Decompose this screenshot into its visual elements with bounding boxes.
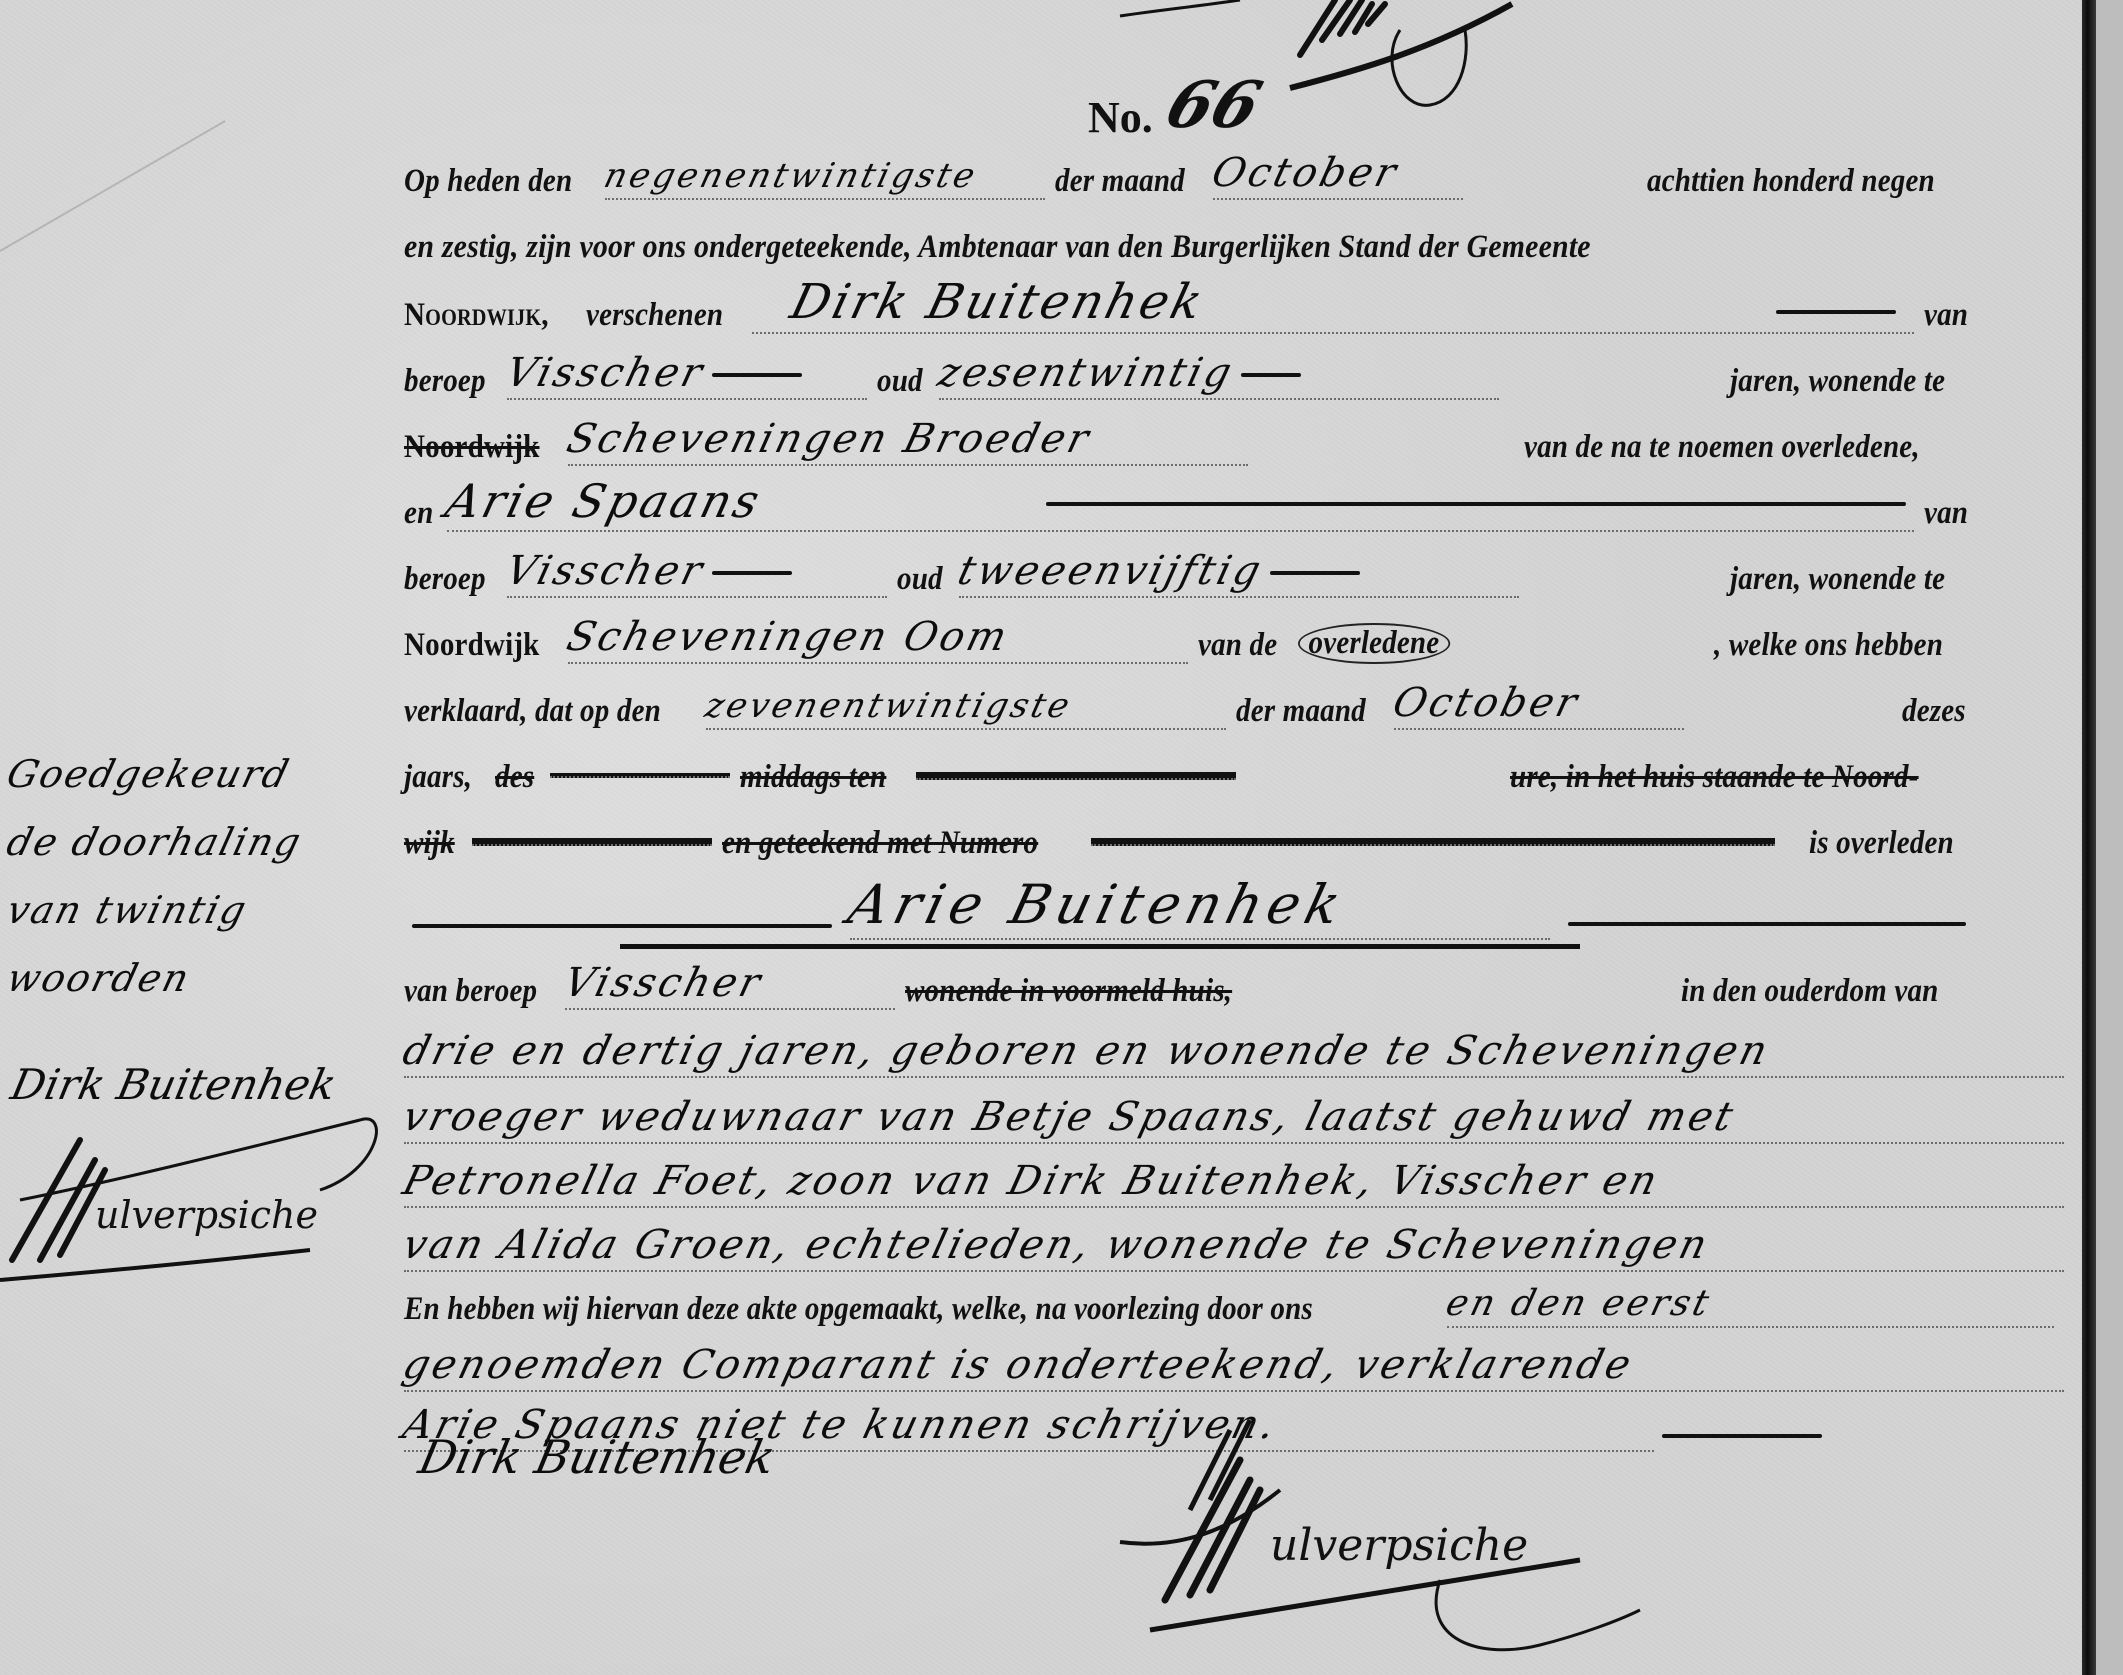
printed-text: is overleden: [1809, 825, 1954, 862]
handwritten-occupation: Visscher: [501, 548, 709, 594]
month-field: October: [1213, 150, 1463, 200]
printed-text: van: [1924, 495, 1968, 532]
struck-text: wonende in voormeld huis,: [905, 973, 1232, 1010]
printed-text: oud: [897, 561, 943, 598]
form-line-4: beroep Visscher oud zesentwintig jaren, …: [404, 342, 1974, 400]
handwritten-occupation: Visscher: [501, 350, 709, 396]
occupation-field: Visscher: [507, 548, 887, 598]
appearer-1-name-field: Dirk Buitenhek: [752, 274, 1913, 334]
adjacent-page: [2096, 0, 2123, 1675]
circled-word: overledene: [1298, 623, 1450, 664]
form-line-1: Op heden den negenentwintigste der maand…: [404, 142, 1974, 200]
margin-line: Goedgekeurd: [3, 752, 414, 796]
form-line-12: Arie Buitenhek: [404, 870, 1974, 940]
printed-text: , welke ons hebben: [1714, 627, 1943, 664]
struck-text: middags ten: [740, 759, 886, 796]
printed-text: achttien honderd negen: [1647, 163, 1935, 200]
deceased-name-field: Arie Buitenhek: [850, 873, 1550, 940]
printed-text: en: [404, 495, 433, 532]
margin-line: woorden: [3, 956, 414, 1000]
death-day-field: zevenentwintigste: [706, 686, 1226, 730]
form-line-9: verklaard, dat op den zevenentwintigste …: [404, 672, 1974, 730]
appearer-2-name-field: Arie Spaans: [447, 474, 1913, 532]
printed-text: beroep: [404, 363, 486, 400]
printed-text: beroep: [404, 561, 486, 598]
handwritten-line: van Alida Groen, echtelieden, wonende te…: [404, 1222, 2064, 1272]
form-line-6: en Arie Spaans van: [404, 474, 1974, 532]
struck-field: [916, 772, 1236, 780]
paper-crease: [0, 120, 226, 252]
handwritten-text: genoemden Comparant is onderteekend, ver…: [398, 1342, 1638, 1388]
handwritten-line: genoemden Comparant is onderteekend, ver…: [404, 1342, 2064, 1392]
number-label: No.: [1088, 92, 1153, 143]
age-field: tweeenvijftig: [959, 548, 1519, 598]
form-line-15: vroeger weduwnaar van Betje Spaans, laat…: [404, 1086, 2064, 1144]
handwritten-line: vroeger weduwnaar van Betje Spaans, laat…: [404, 1094, 2064, 1144]
struck-text: ure, in het huis staande te Noord-: [1510, 759, 1919, 796]
struck-text: en geteekend met Numero: [722, 825, 1038, 862]
handwritten-text: drie en dertig jaren, geboren en wonende…: [398, 1028, 1775, 1074]
handwritten-occupation: Visscher: [560, 960, 768, 1006]
handwritten-text: en den eerst: [1442, 1283, 1716, 1324]
form-line-17: van Alida Groen, echtelieden, wonende te…: [404, 1214, 2064, 1272]
handwritten-text: van Alida Groen, echtelieden, wonende te…: [398, 1222, 1714, 1268]
printed-text: verklaard, dat op den: [404, 693, 661, 730]
printed-text: jaars,: [404, 759, 472, 796]
page-binding-edge: [2082, 0, 2096, 1675]
occupation-field: Visscher: [507, 350, 867, 400]
handwritten-name: Dirk Buitenhek: [785, 274, 1211, 330]
form-line-18: En hebben wij hiervan deze akte opgemaak…: [404, 1270, 2064, 1328]
form-line-10: jaars, des middags ten ure, in het huis …: [404, 738, 1974, 796]
margin-annotation: Goedgekeurd de doorhaling van twintig wo…: [8, 752, 408, 1024]
struck-text: wijk: [404, 825, 455, 862]
form-line-3: Noordwijk, verschenen Dirk Buitenhek van: [404, 276, 1974, 334]
handwritten-text: Petronella Foet, zoon van Dirk Buitenhek…: [398, 1158, 1664, 1204]
residence-field: Scheveningen Oom: [568, 614, 1188, 664]
struck-text: Noordwijk: [404, 429, 540, 466]
form-line-11: wijk en geteekend met Numero is overlede…: [404, 804, 1974, 862]
form-line-13: van beroep Visscher wonende in voormeld …: [404, 952, 1974, 1010]
handwritten-day: negenentwintigste: [600, 156, 982, 196]
handwritten-day: zevenentwintigste: [701, 686, 1076, 726]
printed-text: en zestig, zijn voor ons ondergeteekende…: [404, 229, 1591, 266]
handwritten-text: vroeger weduwnaar van Betje Spaans, laat…: [398, 1094, 1740, 1140]
handwritten-name: Arie Spaans: [441, 474, 768, 528]
printed-text: van de: [1198, 627, 1277, 664]
handwritten-age: zesentwintig: [933, 350, 1239, 396]
margin-official-signature: ulverpsiche: [0, 1110, 420, 1290]
form-line-19: genoemden Comparant is onderteekend, ver…: [404, 1334, 2064, 1392]
printed-text: van beroep: [404, 973, 537, 1010]
struck-field: [472, 838, 712, 846]
struck-field: [550, 773, 730, 778]
deceased-occupation-field: Visscher: [565, 960, 895, 1010]
printed-text: dezes: [1902, 693, 1966, 730]
handwritten-month: October: [1207, 150, 1403, 196]
form-line-7: beroep Visscher oud tweeenvijftig jaren,…: [404, 540, 1974, 598]
svg-text:ulverpsiche: ulverpsiche: [1270, 1520, 1528, 1571]
printed-text: in den ouderdom van: [1681, 973, 1938, 1010]
handwritten-residence: Scheveningen Broeder: [562, 416, 1096, 462]
handwritten-residence: Scheveningen Oom: [562, 614, 1014, 660]
death-month-field: October: [1394, 680, 1684, 730]
form-line-16: Petronella Foet, zoon van Dirk Buitenhek…: [404, 1150, 2064, 1208]
printed-text: jaren, wonende te: [1730, 363, 1945, 400]
printed-text: En hebben wij hiervan deze akte opgemaak…: [404, 1291, 1313, 1328]
residence-field: Scheveningen Broeder: [568, 416, 1248, 466]
handwritten-field: en den eerst: [1447, 1283, 2054, 1328]
form-line-2: en zestig, zijn voor ons ondergeteekende…: [404, 208, 1974, 266]
margin-witness-signature: Dirk Buitenhek: [7, 1060, 341, 1109]
printed-text: jaren, wonende te: [1730, 561, 1945, 598]
official-signature: ulverpsiche: [1120, 1420, 1640, 1660]
number-value: 66: [1157, 68, 1270, 143]
certificate-number: No. 66: [1088, 68, 1258, 143]
document-page: No. 66 Op heden den negenentwintigste de…: [0, 0, 2082, 1675]
form-line-5: Noordwijk Scheveningen Broeder van de na…: [404, 408, 1974, 466]
struck-text: des: [495, 759, 534, 796]
margin-line: van twintig: [3, 888, 414, 932]
printed-text: der maand: [1055, 163, 1185, 200]
handwritten-line: Petronella Foet, zoon van Dirk Buitenhek…: [404, 1158, 2064, 1208]
printed-text: oud: [877, 363, 923, 400]
struck-field: [1091, 838, 1775, 846]
form-line-14: drie en dertig jaren, geboren en wonende…: [404, 1020, 2064, 1078]
printed-text: verschenen: [586, 297, 723, 334]
printed-text: van: [1924, 297, 1968, 334]
witness-signature: Dirk Buitenhek: [414, 1430, 780, 1484]
printed-text: der maand: [1236, 693, 1366, 730]
margin-line: de doorhaling: [3, 820, 414, 864]
underline-rule: [620, 944, 1580, 949]
form-line-8: Noordwijk Scheveningen Oom van de overle…: [404, 606, 1974, 664]
printed-text: Op heden den: [404, 163, 572, 200]
handwritten-deceased-name: Arie Buitenhek: [842, 873, 1353, 936]
handwritten-month: October: [1388, 680, 1584, 726]
day-field: negenentwintigste: [605, 156, 1045, 200]
svg-text:ulverpsiche: ulverpsiche: [95, 1193, 318, 1237]
handwritten-age: tweeenvijftig: [953, 548, 1268, 594]
age-field: zesentwintig: [939, 350, 1499, 400]
municipality-name: Noordwijk,: [404, 297, 549, 334]
handwritten-line: drie en dertig jaren, geboren en wonende…: [404, 1028, 2064, 1078]
printed-text: Noordwijk: [404, 627, 540, 664]
printed-text: van de na te noemen overledene,: [1524, 429, 1920, 466]
